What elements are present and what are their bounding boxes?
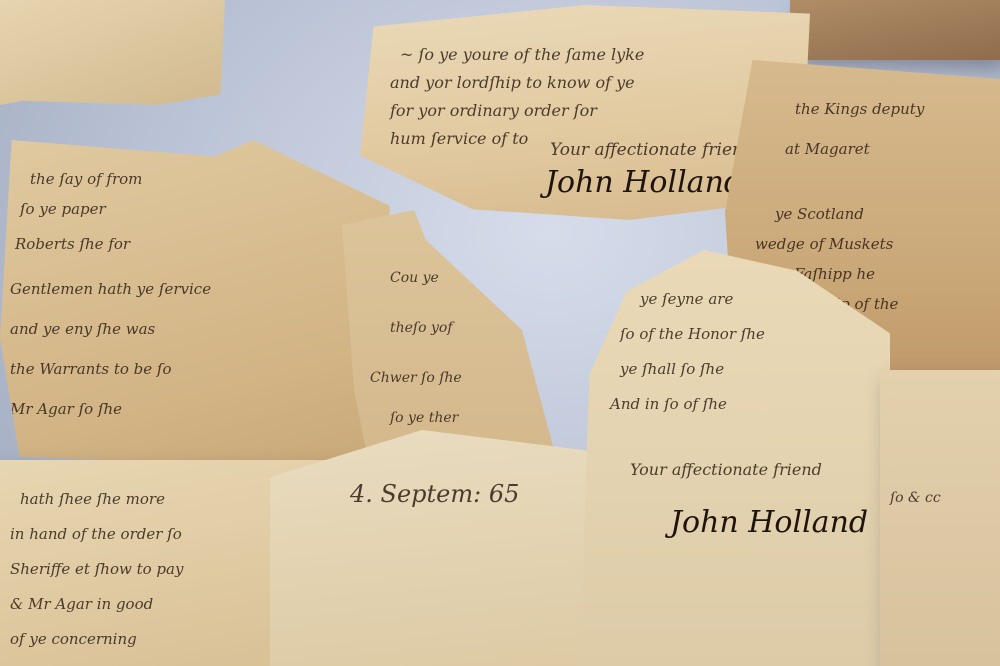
manuscript-fragment-top-right: [790, 0, 1000, 60]
manuscript-fragment-far-right: ſo & cc: [880, 370, 1000, 666]
manuscript-fragment-lower-right: ye ſeyne are ſo of the Honor ſhe ye ſhal…: [580, 250, 890, 666]
signature: John Holland: [545, 165, 743, 200]
closing-text: Your affectionate friend: [550, 140, 754, 160]
closing-text: Your affectionate friend: [630, 460, 822, 479]
signature: John Holland: [670, 505, 868, 540]
manuscript-fragment-left: the ſay of from ſo ye paper Roberts ſhe …: [0, 140, 390, 470]
date-inscription: 4. Septem: 65: [350, 480, 519, 508]
manuscript-fragment-top-left: [0, 0, 225, 105]
